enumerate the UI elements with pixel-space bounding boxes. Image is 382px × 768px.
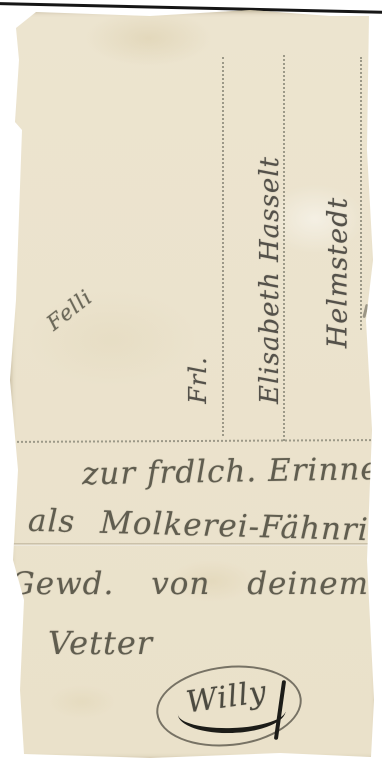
address-rule-1 (222, 57, 224, 436)
postcard-paper: Felli Frl. Elisabeth Hasselt Helmstedt z… (8, 8, 378, 762)
message-line-3: Gewd. von deinem (10, 566, 369, 602)
stray-pencil-mark (362, 304, 368, 318)
address-line-town: Helmstedt (323, 148, 354, 398)
divider-rule (10, 439, 374, 443)
message-line-4: Vetter (48, 624, 153, 662)
scanned-postcard-back: Felli Frl. Elisabeth Hasselt Helmstedt z… (0, 0, 382, 768)
address-rule-3 (360, 57, 362, 330)
address-line-salutation: Frl. (184, 345, 212, 415)
message-line-1: zur frdlch. Erinnerung (82, 450, 378, 493)
address-line-name: Elisabeth Hasselt (255, 125, 285, 435)
scanner-edge-line (0, 2, 382, 14)
pencil-note: Felli (42, 285, 97, 335)
